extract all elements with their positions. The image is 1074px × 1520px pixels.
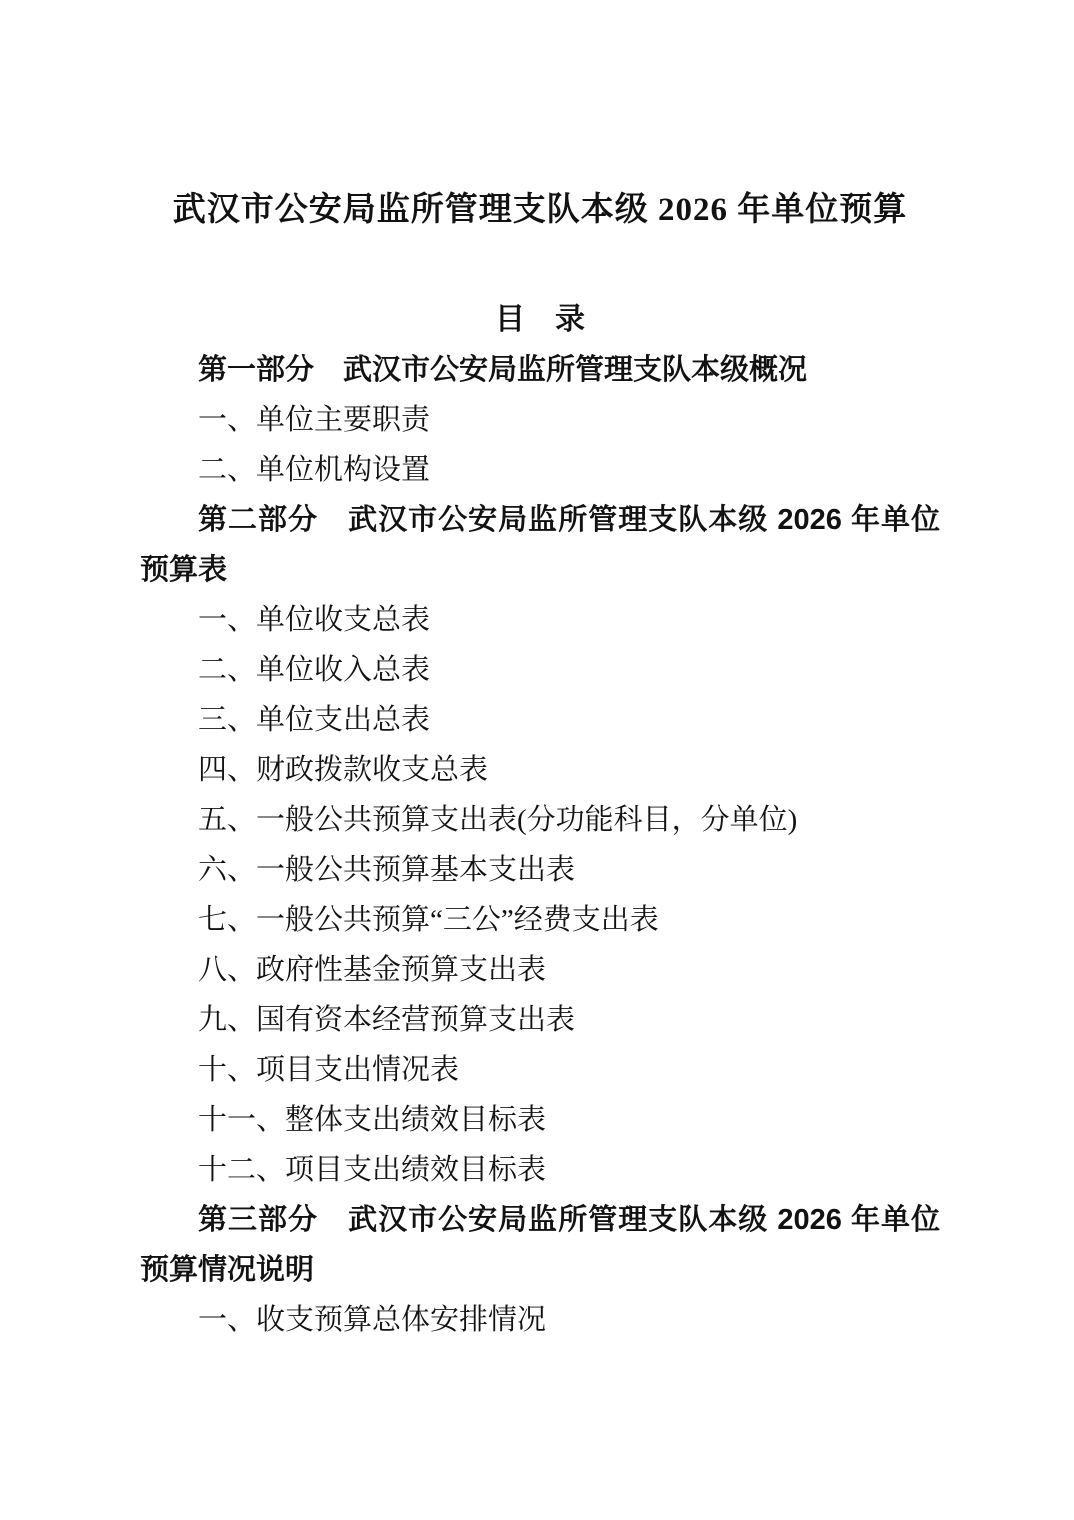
toc-section-heading: 第二部分 武汉市公安局监所管理支队本级 2026 年单位预算表 [140,495,940,595]
toc-item: 五、一般公共预算支出表(分功能科目，分单位) [140,795,940,845]
toc-section-heading: 第一部分 武汉市公安局监所管理支队本级概况 [140,345,940,395]
toc-item: 八、政府性基金预算支出表 [140,945,940,995]
toc-section-heading: 第三部分 武汉市公安局监所管理支队本级 2026 年单位预算情况说明 [140,1195,940,1295]
toc-item: 四、财政拨款收支总表 [140,745,940,795]
toc-item: 七、一般公共预算“三公”经费支出表 [140,895,940,945]
toc-item: 六、一般公共预算基本支出表 [140,845,940,895]
toc-item: 一、单位主要职责 [140,395,940,445]
toc-item: 三、单位支出总表 [140,695,940,745]
toc-entries: 第一部分 武汉市公安局监所管理支队本级概况一、单位主要职责二、单位机构设置第二部… [140,345,940,1345]
toc-item: 一、单位收支总表 [140,595,940,645]
toc-item: 二、单位机构设置 [140,445,940,495]
document-title: 武汉市公安局监所管理支队本级 2026 年单位预算 [140,190,940,230]
document-page: 武汉市公安局监所管理支队本级 2026 年单位预算 目 录 第一部分 武汉市公安… [0,0,1074,1520]
toc-item: 九、国有资本经营预算支出表 [140,995,940,1045]
toc-heading: 目 录 [140,295,940,345]
toc-item: 一、收支预算总体安排情况 [140,1295,940,1345]
toc-item: 十一、整体支出绩效目标表 [140,1095,940,1145]
toc-item: 十二、项目支出绩效目标表 [140,1145,940,1195]
toc-item: 二、单位收入总表 [140,645,940,695]
toc-item: 十、项目支出情况表 [140,1045,940,1095]
